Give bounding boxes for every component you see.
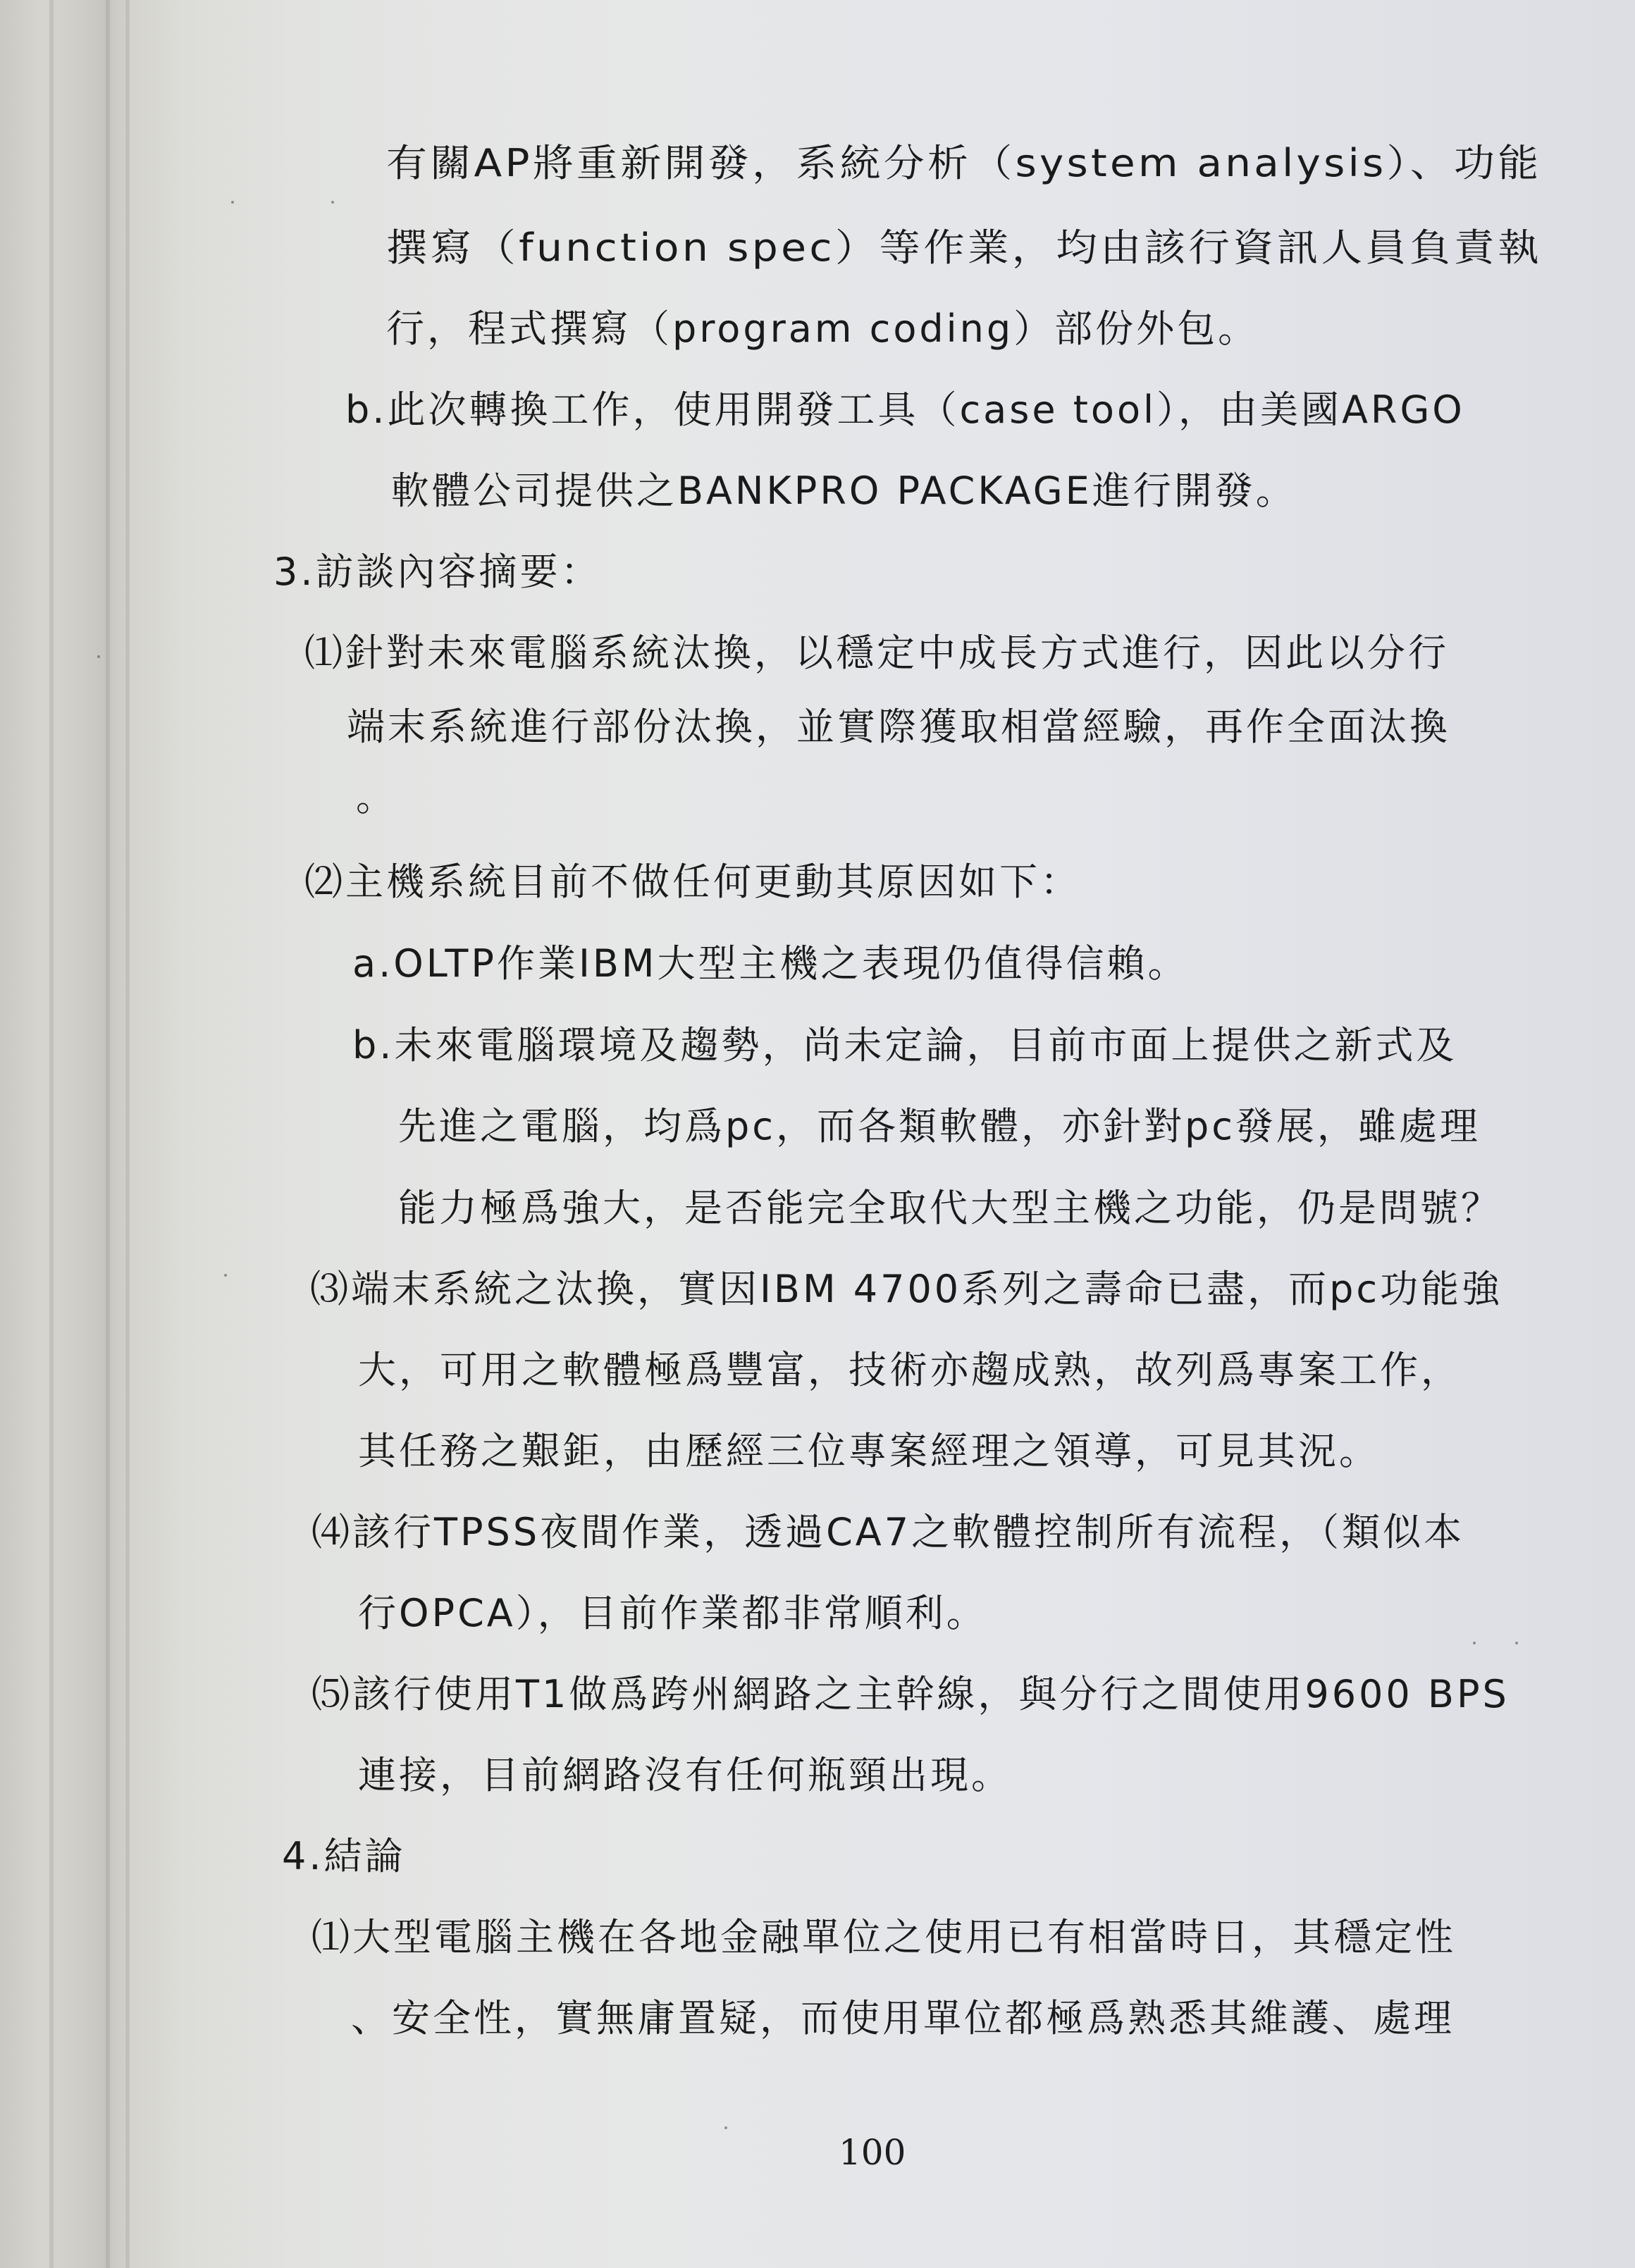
paragraph-line: 撰寫（function spec）等作業，均由該行資訊人員負責執 — [386, 225, 1542, 271]
print-speck — [97, 655, 100, 658]
list-item-2: ⑵主機系統目前不做任何更動其原因如下： — [304, 860, 1081, 905]
list-item-b: b.未來電腦環境及趨勢，尚未定論，目前市面上提供之新式及 — [352, 1023, 1457, 1068]
print-speck — [1515, 1642, 1518, 1644]
list-item-b: b.此次轉換工作，使用開發工具（case tool），由美國ARGO — [345, 388, 1465, 433]
print-speck — [224, 1274, 227, 1277]
paragraph-line: 軟體公司提供之BANKPRO PACKAGE進行開發。 — [391, 469, 1297, 514]
paragraph-line: 行，程式撰寫（program coding）部份外包。 — [386, 306, 1259, 352]
paragraph-line: 先進之電腦，均爲pc，而各類軟體，亦針對pc發展，雖處理 — [398, 1104, 1481, 1149]
print-speck — [231, 201, 234, 204]
paragraph-line: 行OPCA），目前作業都非常順利。 — [358, 1591, 987, 1636]
print-speck — [331, 201, 334, 204]
list-item-4: ⑷該行TPSS夜間作業，透過CA7之軟體控制所有流程，（類似本 — [311, 1510, 1464, 1555]
paragraph-line: 、安全性，實無庸置疑，而使用單位都極爲熟悉其維護、處理 — [351, 1996, 1455, 2041]
paragraph-line: 連接，目前網路沒有任何瓶頸出現。 — [358, 1753, 1012, 1798]
print-speck — [1473, 1642, 1476, 1644]
list-item-1: ⑴針對未來電腦系統汰換，以穩定中成長方式進行，因此以分行 — [304, 631, 1449, 676]
paragraph-line: 端末系統進行部份汰換，並實際獲取相當經驗，再作全面汰換 — [347, 705, 1450, 750]
paragraph-line: 其任務之艱鉅，由歷經三位專案經理之領導，可見其況。 — [358, 1429, 1380, 1474]
paragraph-line: 大，可用之軟體極爲豐富，技術亦趨成熟，故列爲專案工作， — [358, 1348, 1462, 1393]
print-speck — [724, 2126, 727, 2129]
list-item-5: ⑸該行使用T1做爲跨州網路之主幹線，與分行之間使用9600 BPS — [311, 1672, 1510, 1717]
document-page: 有關AP將重新開發，系統分析（system analysis）、功能 撰寫（fu… — [0, 0, 1635, 2268]
section-heading-4: 4.結論 — [282, 1834, 406, 1879]
list-item-a: a.OLTP作業IBM大型主機之表現仍值得信賴。 — [352, 941, 1189, 986]
paragraph-line: 能力極爲強大，是否能完全取代大型主機之功能，仍是問號？ — [398, 1186, 1502, 1231]
page-number: 100 — [839, 2131, 906, 2174]
paragraph-line: 。 — [356, 775, 397, 820]
list-item-3: ⑶端末系統之汰換，實因IBM 4700系列之壽命已盡，而pc功能強 — [310, 1267, 1503, 1312]
list-item-1: ⑴大型電腦主機在各地金融單位之使用已有相當時日，其穩定性 — [311, 1915, 1456, 1960]
section-heading-3: 3.訪談內容摘要： — [273, 550, 602, 595]
paragraph-line: 有關AP將重新開發，系統分析（system analysis）、功能 — [386, 141, 1541, 186]
